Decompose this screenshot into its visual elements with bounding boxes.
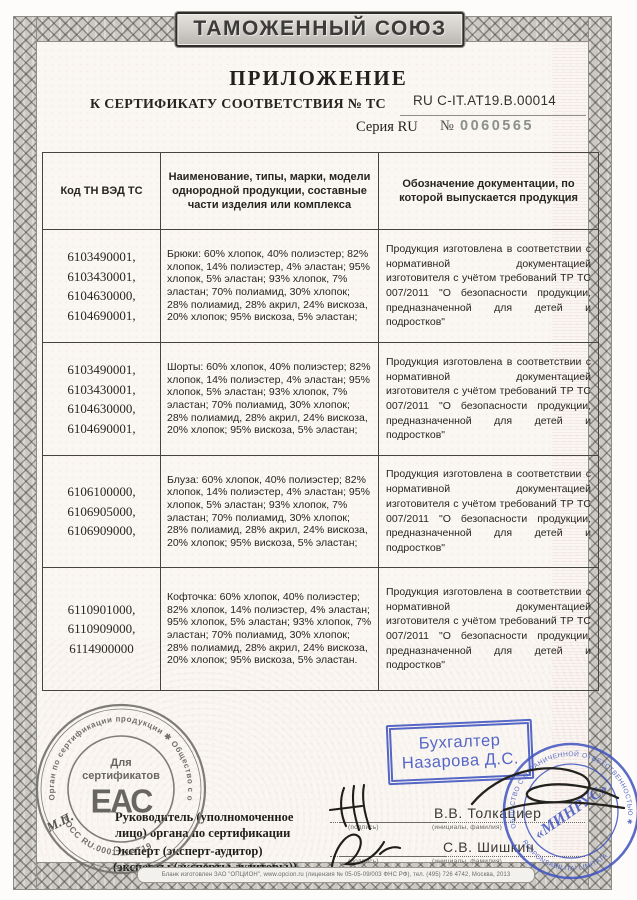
eac-stamp-purpose-line2: сертификатов	[82, 770, 160, 782]
cell-product: Кофточка: 60% хлопок, 40% полиэстер; 82%…	[161, 568, 379, 691]
cell-product: Блуза: 60% хлопок, 40% полиэстер; 82% хл…	[161, 456, 379, 568]
eac-stamp-purpose-line1: Для	[110, 757, 131, 769]
certificate-page: ТАМОЖЕННЫЙ СОЮЗ ПРИЛОЖЕНИЕ К СЕРТИФИКАТУ…	[0, 0, 637, 900]
table-row: 6110901000, 6110909000, 6114900000 Кофто…	[43, 568, 599, 691]
series-number: 0060565	[460, 118, 534, 134]
cell-codes: 6103490001, 6103430001, 6104630000, 6104…	[43, 230, 161, 343]
cell-product: Шорты: 60% хлопок, 40% полиэстер; 82% хл…	[161, 343, 379, 456]
cell-product: Брюки: 60% хлопок, 40% полиэстер; 82% хл…	[161, 230, 379, 343]
table-row: 6103490001, 6103430001, 6104630000, 6104…	[43, 343, 599, 456]
certificate-number-value: RU C-IT.AT19.B.00014	[413, 93, 556, 108]
form-printer-fineprint: Бланк изготовлен ЗАО "ОПЦИОН", www.opcio…	[137, 867, 535, 883]
stamped-handwritten-signature	[468, 758, 637, 838]
customs-union-banner-text: ТАМОЖЕННЫЙ СОЮЗ	[193, 17, 446, 40]
name-caption: (инициалы, фамилия)	[432, 858, 502, 865]
eac-mark-icon: ЕАС	[91, 782, 153, 820]
certificate-number-label: К СЕРТИФИКАТУ СООТВЕТСТВИЯ № ТС	[90, 97, 386, 113]
header-docs: Обозначение документации, по которой вып…	[379, 153, 599, 230]
cell-codes: 6110901000, 6110909000, 6114900000	[43, 568, 161, 691]
document-content: ПРИЛОЖЕНИЕ К СЕРТИФИКАТУ СООТВЕТСТВИЯ № …	[0, 0, 637, 900]
cell-codes: 6106100000, 6106905000, 6106909000,	[43, 456, 161, 568]
cell-docs: Продукция изготовлена в соответствии с н…	[379, 230, 599, 343]
cell-docs: Продукция изготовлена в соответствии с н…	[379, 343, 599, 456]
header-code: Код ТН ВЭД ТС	[43, 153, 161, 230]
cell-codes: 6103490001, 6103430001, 6104630000, 6104…	[43, 343, 161, 456]
cell-docs: Продукция изготовлена в соответствии с н…	[379, 456, 599, 568]
certificate-number-underline	[400, 115, 586, 116]
customs-union-banner: ТАМОЖЕННЫЙ СОЮЗ	[175, 12, 464, 47]
series-label: Серия RU	[356, 119, 418, 136]
table-row: 6103490001, 6103430001, 6104630000, 6104…	[43, 230, 599, 343]
header-product: Наименование, типы, марки, модели одноро…	[161, 153, 379, 230]
table-header-row: Код ТН ВЭД ТС Наименование, типы, марки,…	[43, 153, 599, 230]
table-row: 6106100000, 6106905000, 6106909000, Блуз…	[43, 456, 599, 568]
products-table: Код ТН ВЭД ТС Наименование, типы, марки,…	[42, 152, 599, 691]
cell-docs: Продукция изготовлена в соответствии с н…	[379, 568, 599, 691]
document-title: ПРИЛОЖЕНИЕ	[0, 66, 637, 91]
form-printer-fineprint-text: Бланк изготовлен ЗАО "ОПЦИОН", www.opcio…	[162, 872, 511, 878]
certification-body-stamp: Орган по сертификации продукции ✱ Общест…	[32, 700, 210, 878]
series-number-sign: №	[440, 118, 454, 135]
